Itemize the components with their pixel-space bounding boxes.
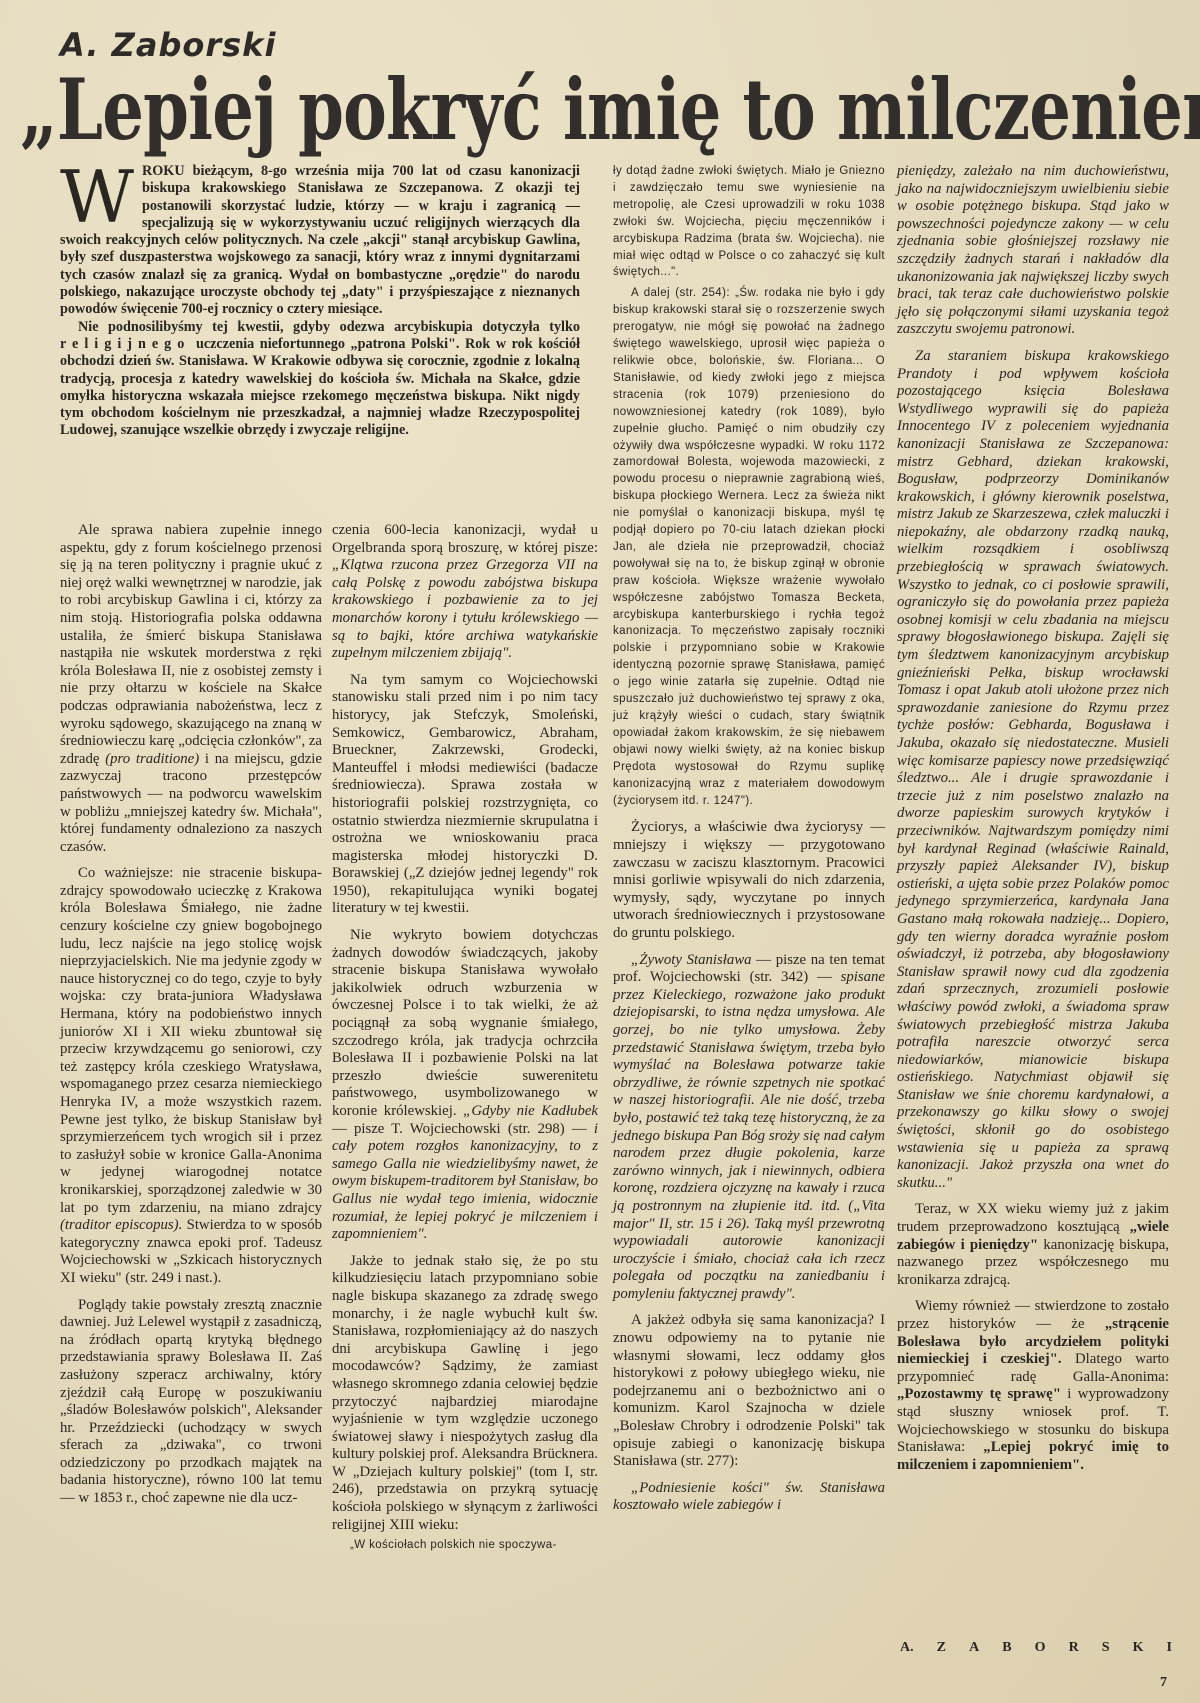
- paragraph: Teraz, w XX wieku wiemy już z jakim trud…: [897, 1201, 1169, 1289]
- paragraph: Nie wykryto bowiem dotychczas żadnych do…: [332, 927, 598, 1244]
- quote-paragraph: Za staraniem biskupa krakowskiego Prando…: [897, 348, 1169, 1193]
- lead-paragraph: WROKU bieżącym, 8-go września mija 700 l…: [60, 163, 580, 440]
- dropcap: W: [60, 167, 134, 227]
- lead-p1: WROKU bieżącym, 8-go września mija 700 l…: [60, 163, 580, 319]
- spaced-emphasis: religijnego: [60, 336, 190, 352]
- paragraph: Na tym samym co Wojciechowski stanowisku…: [332, 672, 598, 918]
- author-signature: A. Z A B O R S K I: [900, 1640, 1172, 1656]
- paragraph: Co ważniejsze: nie stracenie biskupa-zdr…: [60, 865, 322, 1287]
- column-3: ły dotąd żadne zwłoki świętych. Miało je…: [613, 163, 885, 1524]
- article-title: „Lepiej pokryć imię to milczeniem...": [20, 62, 933, 158]
- quote-paragraph: A dalej (str. 254): „Św. rodaka nie było…: [613, 285, 885, 809]
- author-byline: A. Zaborski: [60, 26, 276, 64]
- page-number: 7: [1160, 1675, 1167, 1691]
- paragraph: Życiorys, a właściwie dwa życiorysy — mn…: [613, 819, 885, 942]
- quote-paragraph: ły dotąd żadne zwłoki świętych. Miało je…: [613, 163, 885, 281]
- paragraph: „Podniesienie kości" św. Stanisława kosz…: [613, 1480, 885, 1515]
- paragraph: „Żywoty Stanisława — pisze na ten temat …: [613, 952, 885, 1304]
- lead-p2: Nie podnosilibyśmy tej kwestii, gdyby od…: [60, 319, 580, 440]
- paragraph: Ale sprawa nabiera zupełnie innego aspek…: [60, 522, 322, 856]
- paragraph: czenia 600-lecia kanonizacji, wydał u Or…: [332, 522, 598, 663]
- paragraph: Wiemy również — stwierdzone to zostało p…: [897, 1298, 1169, 1474]
- column-4: pieniędzy, zależało na nim duchowieństwu…: [897, 163, 1169, 1483]
- column-1: Ale sprawa nabiera zupełnie innego aspek…: [60, 522, 322, 1517]
- paragraph: Jakże to jednak stało się, że po stu kil…: [332, 1253, 598, 1535]
- paragraph: Poglądy takie powstały zresztą znacznie …: [60, 1297, 322, 1508]
- quote-paragraph: pieniędzy, zależało na nim duchowieństwu…: [897, 163, 1169, 339]
- quote-start: „W kościołach polskich nie spoczywa-: [332, 1537, 598, 1554]
- paragraph: A jakżeż odbyła się sama kanonizacja? I …: [613, 1312, 885, 1470]
- column-2: czenia 600-lecia kanonizacji, wydał u Or…: [332, 522, 598, 1563]
